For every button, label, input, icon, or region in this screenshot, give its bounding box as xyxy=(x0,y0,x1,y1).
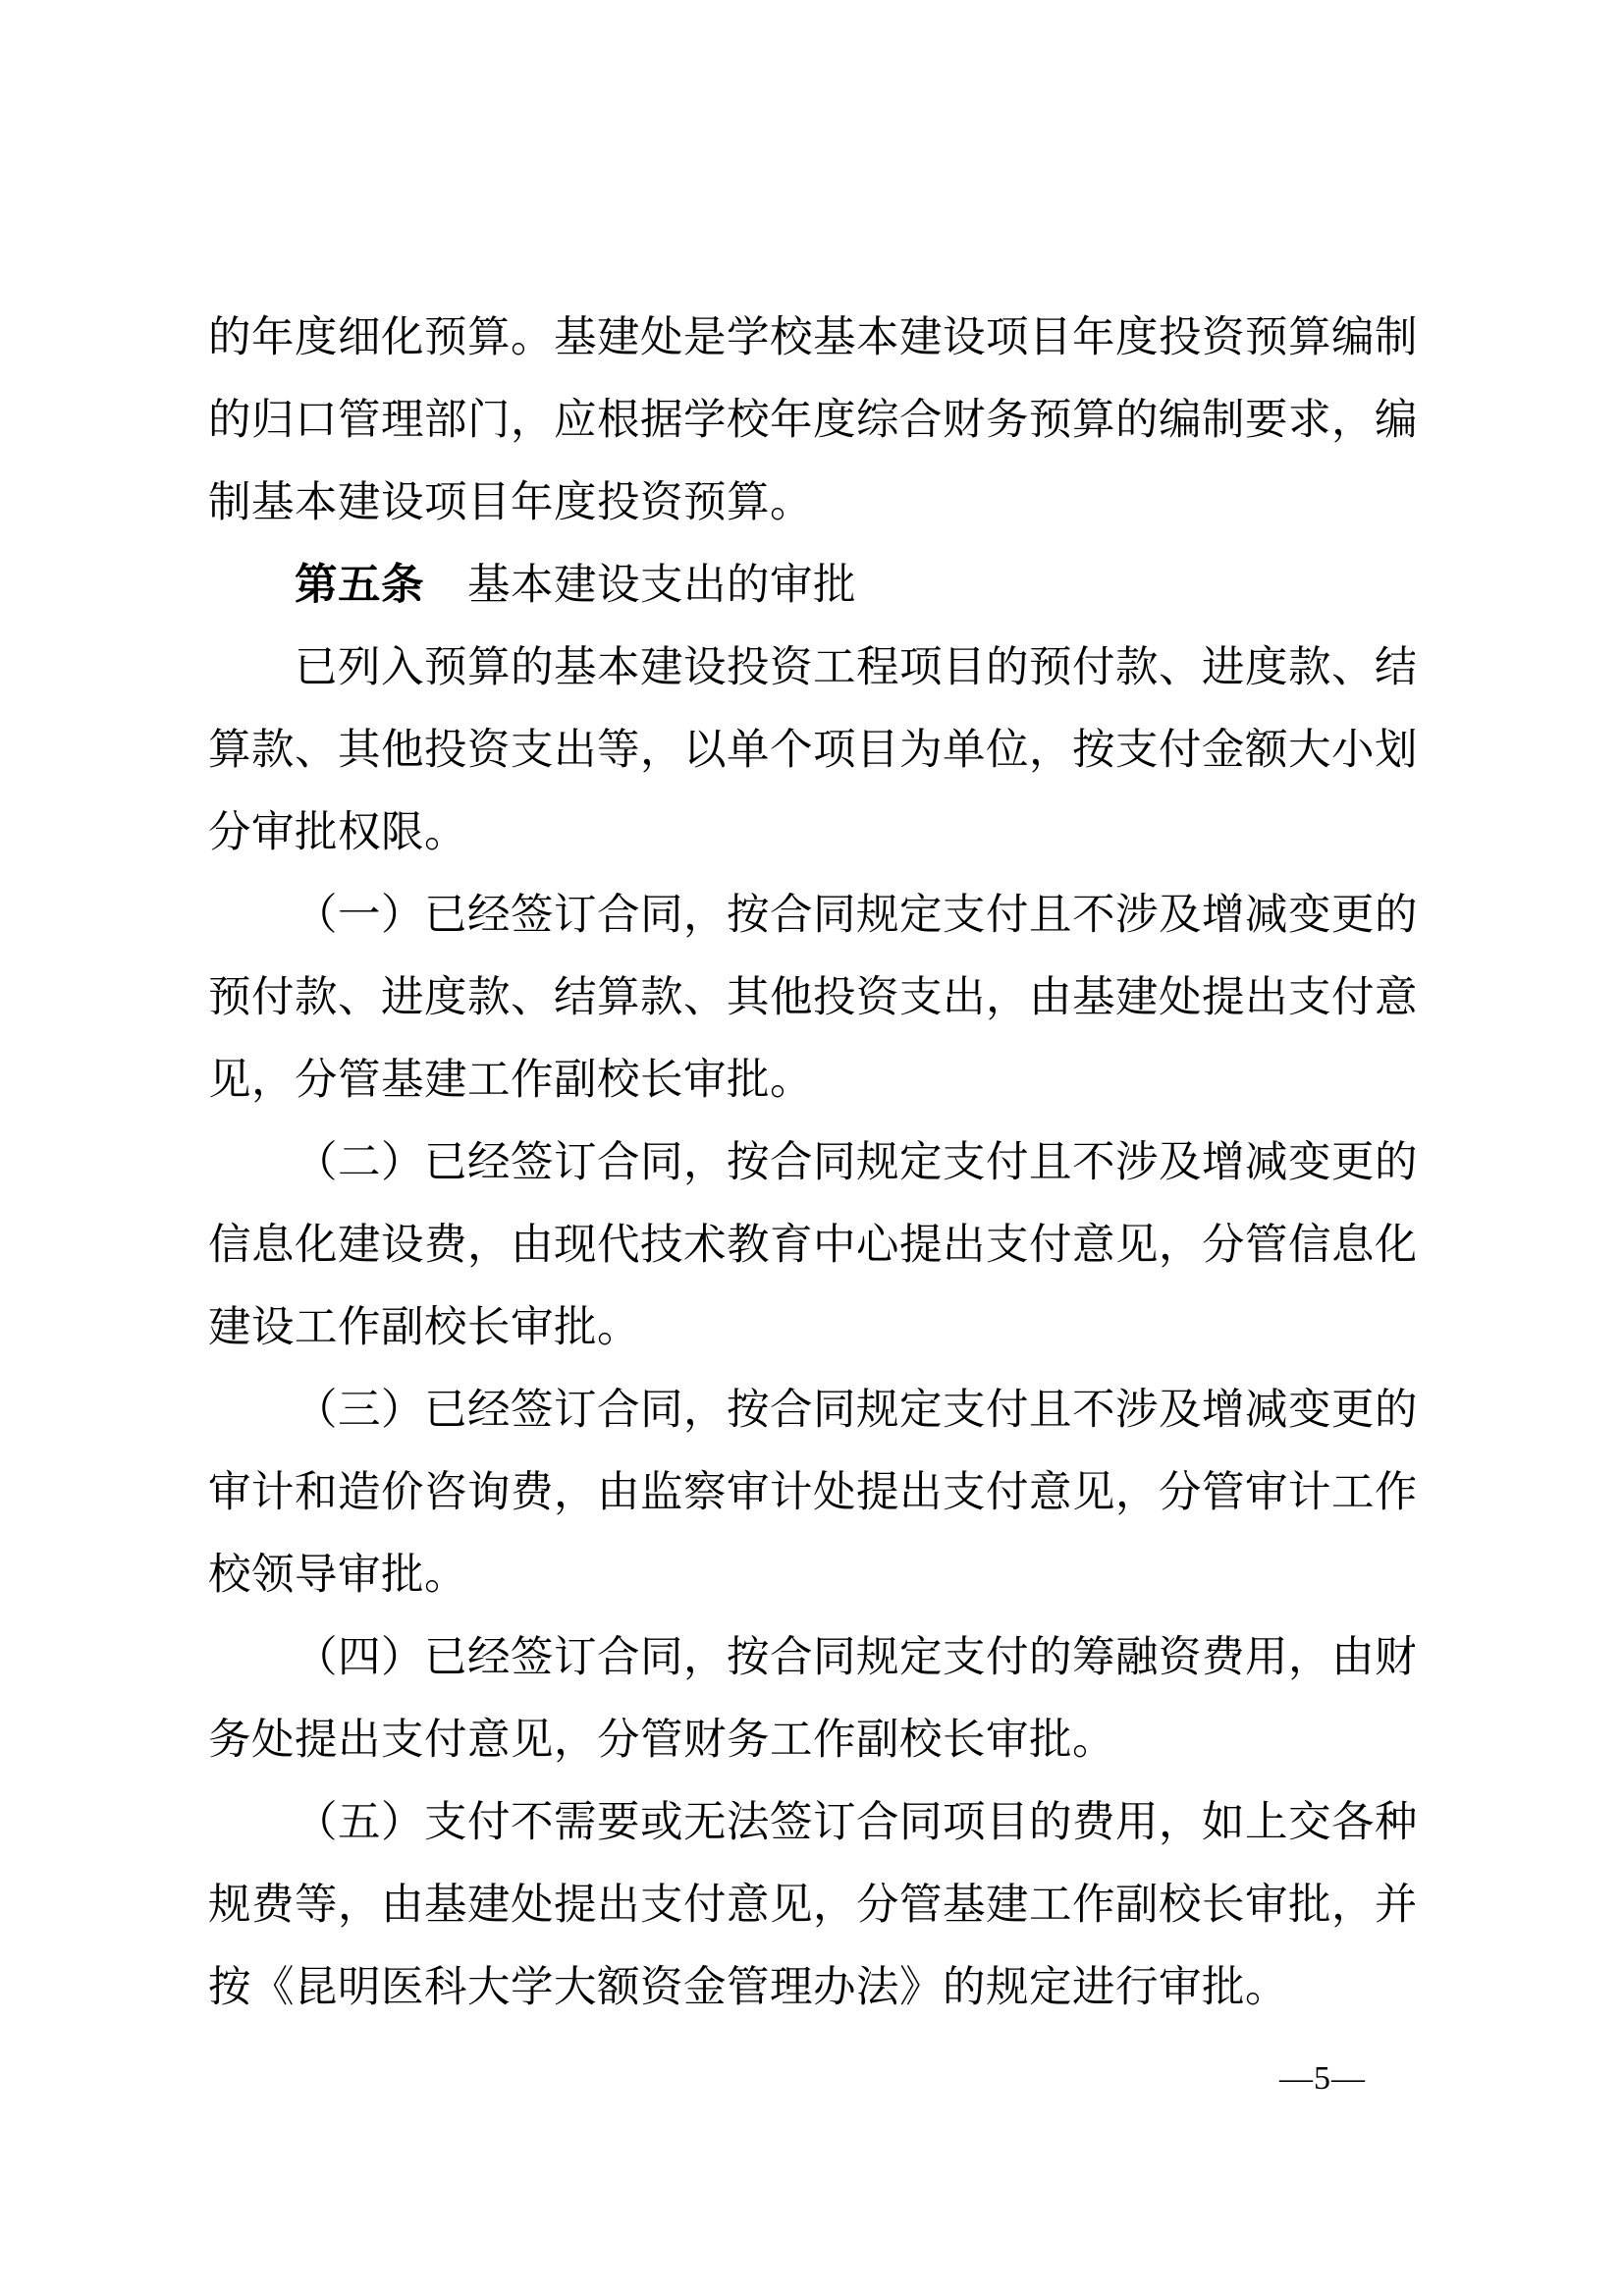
paragraph: （四）已经签订合同，按合同规定支付的筹融资费用，由财务处提出支付意见，分管财务工… xyxy=(208,1616,1415,1781)
text-line: 算款、其他投资支出等，以单个项目为单位，按支付金额大小划 xyxy=(208,709,1415,792)
text-line: 校领导审批。 xyxy=(208,1534,1415,1616)
document-body: 的年度细化预算。基建处是学校基本建设项目年度投资预算编制的归口管理部门，应根据学… xyxy=(208,297,1415,2029)
text-line: 已列入预算的基本建设投资工程项目的预付款、进度款、结 xyxy=(208,627,1415,709)
text-line: （一）已经签订合同，按合同规定支付且不涉及增减变更的 xyxy=(208,874,1415,957)
text-line: 的归口管理部门，应根据学校年度综合财务预算的编制要求，编 xyxy=(208,379,1415,462)
article-title: 基本建设支出的审批 xyxy=(467,562,856,609)
paragraph: （二）已经签订合同，按合同规定支付且不涉及增减变更的信息化建设费，由现代技术教育… xyxy=(208,1121,1415,1369)
text-line: 见，分管基建工作副校长审批。 xyxy=(208,1039,1415,1121)
text-line: 预付款、进度款、结算款、其他投资支出，由基建处提出支付意 xyxy=(208,957,1415,1039)
text-line: 务处提出支付意见，分管财务工作副校长审批。 xyxy=(208,1699,1415,1781)
text-line: （二）已经签订合同，按合同规定支付且不涉及增减变更的 xyxy=(208,1121,1415,1204)
article-number: 第五条 xyxy=(295,562,424,609)
text-line: 按《昆明医科大学大额资金管理办法》的规定进行审批。 xyxy=(208,1946,1415,2029)
page-number: —5— xyxy=(1249,2056,1396,2102)
text-line: 的年度细化预算。基建处是学校基本建设项目年度投资预算编制 xyxy=(208,297,1415,379)
paragraph: 已列入预算的基本建设投资工程项目的预付款、进度款、结算款、其他投资支出等，以单个… xyxy=(208,627,1415,874)
text-line: 信息化建设费，由现代技术教育中心提出支付意见，分管信息化 xyxy=(208,1204,1415,1286)
text-line: 制基本建设项目年度投资预算。 xyxy=(208,462,1415,544)
document-page: 的年度细化预算。基建处是学校基本建设项目年度投资预算编制的归口管理部门，应根据学… xyxy=(0,0,1623,2296)
text-line: 规费等，由基建处提出支付意见，分管基建工作副校长审批，并 xyxy=(208,1864,1415,1946)
paragraph: （五）支付不需要或无法签订合同项目的费用，如上交各种规费等，由基建处提出支付意见… xyxy=(208,1781,1415,2029)
text-line: 审计和造价咨询费，由监察审计处提出支付意见，分管审计工作 xyxy=(208,1451,1415,1534)
text-line: （四）已经签订合同，按合同规定支付的筹融资费用，由财 xyxy=(208,1616,1415,1699)
paragraph: 的年度细化预算。基建处是学校基本建设项目年度投资预算编制的归口管理部门，应根据学… xyxy=(208,297,1415,544)
text-line: （五）支付不需要或无法签订合同项目的费用，如上交各种 xyxy=(208,1781,1415,1864)
text-line: 分审批权限。 xyxy=(208,792,1415,874)
heading-line: 第五条基本建设支出的审批 xyxy=(208,544,1415,627)
paragraph: （一）已经签订合同，按合同规定支付且不涉及增减变更的预付款、进度款、结算款、其他… xyxy=(208,874,1415,1121)
text-line: 建设工作副校长审批。 xyxy=(208,1286,1415,1369)
text-line: （三）已经签订合同，按合同规定支付且不涉及增减变更的 xyxy=(208,1369,1415,1451)
article-heading: 第五条基本建设支出的审批 xyxy=(208,544,1415,627)
paragraph: （三）已经签订合同，按合同规定支付且不涉及增减变更的审计和造价咨询费，由监察审计… xyxy=(208,1369,1415,1616)
